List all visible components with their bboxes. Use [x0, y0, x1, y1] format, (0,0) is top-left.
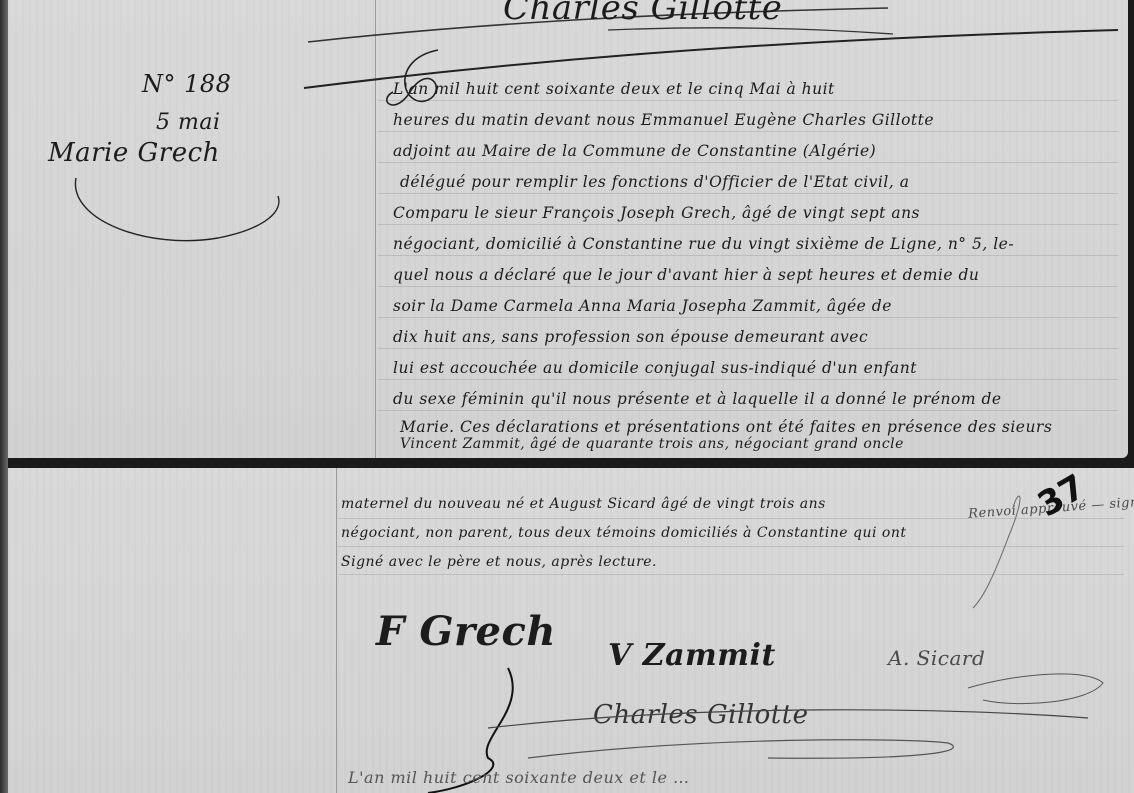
- record-date: 5 mai: [156, 110, 221, 135]
- record-line-13: Vincent Zammit, âgé de quarante trois an…: [400, 436, 904, 452]
- margin-name-flourish: [68, 160, 298, 250]
- record-line-10: lui est accouchée au domicile conjugal s…: [393, 359, 917, 377]
- record-line-9: dix huit ans, sans profession son épouse…: [393, 328, 868, 346]
- record-line-1: L'an mil huit cent soixante deux et le c…: [393, 80, 835, 98]
- record-line-11: du sexe féminin qu'il nous présente et à…: [393, 390, 1002, 408]
- binding-edge: [0, 0, 8, 793]
- register-page-top: Charles Gillotte N° 188 5 mai Marie Grec…: [8, 0, 1128, 458]
- record-line-3: adjoint au Maire de la Commune de Consta…: [393, 142, 876, 160]
- record-line-7: quel nous a déclaré que le jour d'avant …: [393, 266, 979, 284]
- header-officer-signature: Charles Gillotte: [503, 0, 782, 28]
- record-line-8: soir la Dame Carmela Anna Maria Josepha …: [393, 297, 892, 315]
- record-line-6: négociant, domicilié à Constantine rue d…: [393, 235, 1014, 253]
- record-line-12: Marie. Ces déclarations et présentations…: [400, 418, 1052, 436]
- register-page-bottom: maternel du nouveau né et August Sicard …: [8, 468, 1134, 793]
- next-record-start: L'an mil huit cent soixante deux et le …: [348, 768, 690, 787]
- signature-flourishes: [8, 468, 1134, 793]
- record-line-4: délégué pour remplir les fonctions d'Off…: [400, 173, 909, 191]
- record-line-2: heures du matin devant nous Emmanuel Eug…: [393, 111, 934, 129]
- record-line-5: Comparu le sieur François Joseph Grech, …: [393, 204, 920, 222]
- record-number: N° 188: [142, 70, 231, 98]
